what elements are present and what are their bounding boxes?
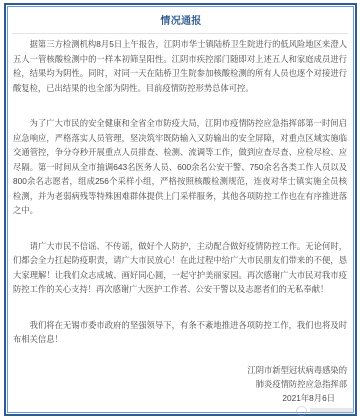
watermark-logo-icon bbox=[296, 406, 307, 416]
signature-block: 江阴市新型冠状病毒感染的 肺炎疫情防控应急指挥部 2021年8月6日 bbox=[227, 363, 347, 405]
title-divider bbox=[12, 33, 348, 34]
text-line: 五人一管核酸检测中的一样本初筛呈阳性。江阴市疾控部门随即对上述五人和家庭成员进行… bbox=[13, 52, 347, 67]
text-line: 800余名志愿者，组成256个采样小组，严格按照核酸检测规范，连夜对华士镇实施全… bbox=[13, 174, 347, 189]
paragraph-2: 为了广大市民的安全健康和全省全市防疫大局，江阴市疫情防控应急指挥部第一时间启动 … bbox=[13, 116, 347, 218]
text-line: 防控工作的关心支持！再次感谢广大医护工作者、公安干警以及志愿者们的无私奉献！ bbox=[13, 282, 347, 297]
text-line: 据第三方检测机构8月5日上午报告，江阴市华士镇陆桥卫生院进行的低风险地区来澄人员 bbox=[13, 37, 347, 52]
text-line: 布相关信息！ bbox=[13, 332, 347, 347]
paragraph-3: 请广大市民不信谣、不传谣，做好个人防护，主动配合做好疫情防控工作。无论何时，我 … bbox=[13, 239, 347, 297]
text-line: 应急响应，严格落实人员管理，坚决筑牢既防输入又防输出的安全屏障，对重点区域实施临… bbox=[13, 131, 347, 146]
watermark bbox=[296, 405, 354, 416]
text-line: 检，结果均为阴性。同时，对同一天在陆桥卫生院参加核酸检测的所有人员也逐个对接进行… bbox=[13, 66, 347, 81]
text-line: 为了广大市民的安全健康和全省全市防疫大局，江阴市疫情防控应急指挥部第一时间启动 bbox=[13, 116, 347, 131]
text-line: 大家理解！让我们众志成城、画好同心圆，一起守护美丽家园。再次感谢广大市民对我市疫… bbox=[13, 268, 347, 283]
signature-date: 2021年8月6日 bbox=[227, 391, 347, 405]
paragraph-1: 据第三方检测机构8月5日上午报告，江阴市华士镇陆桥卫生院进行的低风险地区来澄人员… bbox=[13, 37, 347, 95]
text-line: 之中。 bbox=[13, 203, 347, 218]
text-line: 请广大市民不信谣、不传谣，做好个人防护，主动配合做好疫情防控工作。无论何时，我 bbox=[13, 239, 347, 254]
text-line: 我们将在无锡市委市政府的坚强领导下，有条不紊地推进各项防控工作，我们也将及时发 bbox=[13, 318, 347, 333]
signature-org-line-1: 江阴市新型冠状病毒感染的 bbox=[227, 363, 347, 377]
paragraph-4: 我们将在无锡市委市政府的坚强领导下，有条不紊地推进各项防控工作，我们也将及时发 … bbox=[13, 318, 347, 347]
text-line: 们都会全力扛起防疫职责，请广大市民放心！在此过程中给广大市民朋友们带来的不便，恳… bbox=[13, 253, 347, 268]
notice-title: 情况通报 bbox=[0, 15, 360, 29]
signature-org-line-2: 肺炎疫情防控应急指挥部 bbox=[227, 377, 347, 391]
text-line: 酸复检，已出结果的也全部为阴性。目前疫情防控形势总体可控。 bbox=[13, 81, 347, 96]
text-line: 交通管控，争分夺秒开展重点人员排查、检测、流调等工作，做到应查尽查、应检尽检、应… bbox=[13, 145, 347, 160]
notice-body: 据第三方检测机构8月5日上午报告，江阴市华士镇陆桥卫生院进行的低风险地区来澄人员… bbox=[13, 37, 347, 368]
text-line: 尽隔。第一时间从全市抽调643名医务人员、600余名公安干警、750余名各类工作… bbox=[13, 160, 347, 175]
watermark-text-faint bbox=[310, 408, 354, 414]
text-line: 检测，并为老弱病残等特殊困难群体提供上门采样服务，其他各项防控工作也在有序推进落… bbox=[13, 189, 347, 204]
